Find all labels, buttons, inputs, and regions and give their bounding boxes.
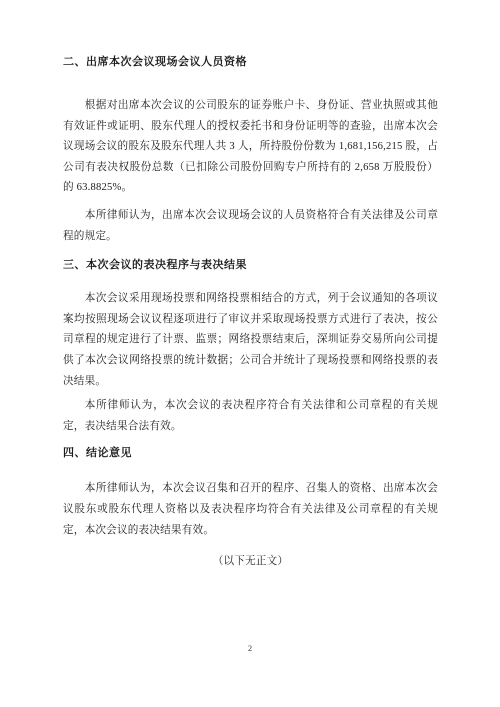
paragraph: 本所律师认为，本次会议的表决程序符合有关法律和公司章程的有关规定，表决结果合法有…: [63, 396, 438, 437]
document-page: 二、出席本次会议现场会议人员资格 根据对出席本次会议的公司股东的证券账户卡、身份…: [0, 0, 500, 707]
paragraph: 本所律师认为，本次会议召集和召开的程序、召集人的资格、出席本次会议股东或股东代理…: [63, 479, 438, 541]
paragraph: 本次会议采用现场投票和网络投票相结合的方式，列于会议通知的各项议案均按照现场会议…: [63, 289, 438, 392]
document-body: 二、出席本次会议现场会议人员资格 根据对出席本次会议的公司股东的证券账户卡、身份…: [0, 0, 500, 572]
section-heading-voting-procedure: 三、本次会议的表决程序与表决结果: [63, 257, 438, 273]
paragraph: 根据对出席本次会议的公司股东的证券账户卡、身份证、营业执照或其他有效证件或证明、…: [63, 96, 438, 199]
section-heading-attendee-qualification: 二、出席本次会议现场会议人员资格: [63, 54, 438, 70]
paragraph: 本所律师认为，出席本次会议现场会议的人员资格符合有关法律及公司章程的规定。: [63, 206, 438, 247]
closing-note: （以下无正文）: [63, 552, 438, 572]
section-heading-conclusion: 四、结论意见: [63, 445, 438, 461]
page-number: 2: [0, 643, 500, 653]
